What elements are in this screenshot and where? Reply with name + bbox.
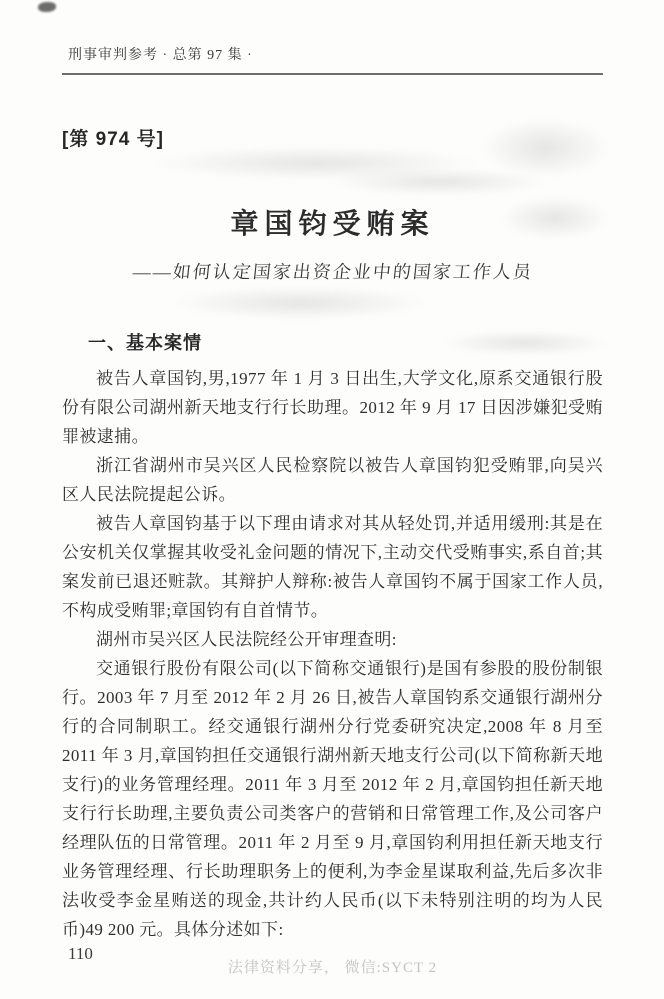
- paragraph-defendant-info: 被告人章国钧,男,1977 年 1 月 3 日出生,大学文化,原系交通银行股份有…: [62, 364, 603, 451]
- body-text: 被告人章国钧,男,1977 年 1 月 3 日出生,大学文化,原系交通银行股份有…: [62, 364, 603, 944]
- scan-bleedthrough: [440, 330, 610, 356]
- case-title: 章国钧受贿案: [62, 202, 603, 242]
- scan-bleedthrough: [330, 168, 550, 196]
- section-heading: 一、基本案情: [88, 329, 202, 355]
- case-number: [第 974 号]: [62, 124, 164, 151]
- scan-bleedthrough: [170, 286, 430, 320]
- paragraph-facts: 交通银行股份有限公司(以下简称交通银行)是国有参股的股份制银行。2003 年 7…: [62, 654, 603, 944]
- header-rule: [62, 73, 603, 75]
- scan-bleedthrough: [150, 146, 480, 180]
- case-subtitle: ——如何认定国家出资企业中的国家工作人员: [62, 258, 603, 284]
- scan-artifact: [38, 2, 56, 12]
- case-subtitle-text: ——如何认定国家出资企业中的国家工作人员: [131, 258, 534, 284]
- scanned-document-page: 刑事审判参考 · 总第 97 集 · [第 974 号] 章国钧受贿案 ——如何…: [0, 0, 664, 999]
- paragraph-prosecution: 浙江省湖州市吴兴区人民检察院以被告人章国钧犯受贿罪,向吴兴区人民法院提起公诉。: [62, 451, 603, 509]
- paragraph-court-findings-intro: 湖州市吴兴区人民法院经公开审理查明:: [62, 625, 603, 654]
- scan-bleedthrough: [480, 118, 610, 178]
- watermark-text: 法律资料分享， 微信:SYCT 2: [62, 956, 603, 977]
- running-header: 刑事审判参考 · 总第 97 集 ·: [68, 44, 253, 64]
- paragraph-defense: 被告人章国钧基于以下理由请求对其从轻处罚,并适用缓刑:其是在公安机关仅掌握其收受…: [62, 509, 603, 625]
